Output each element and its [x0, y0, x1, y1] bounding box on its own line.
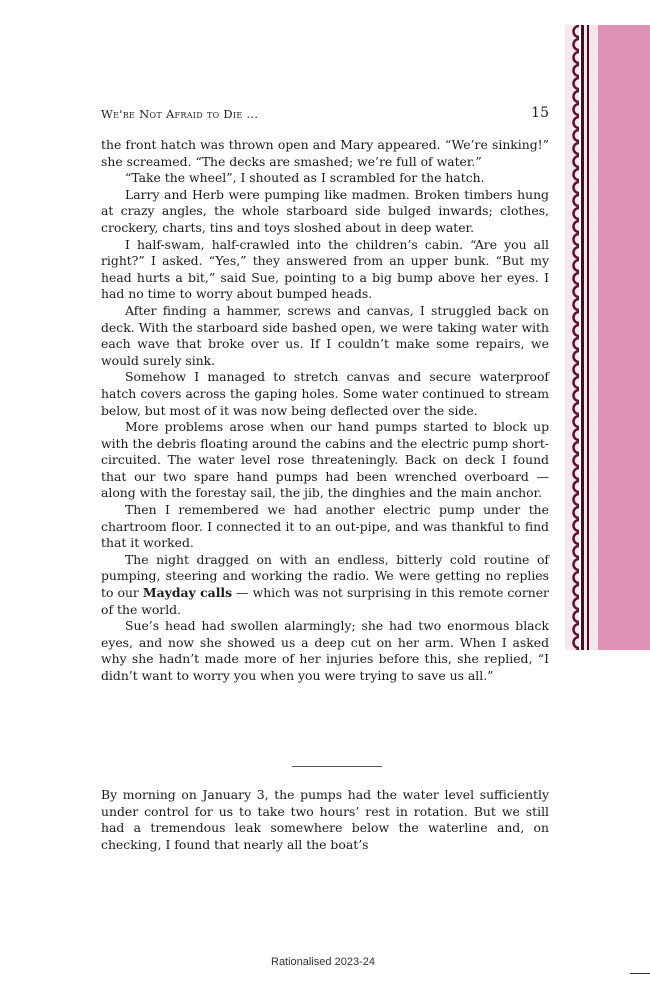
paragraph: By morning on January 3, the pumps had t… — [101, 787, 549, 853]
scallop-pattern — [565, 25, 579, 650]
pink-band — [598, 25, 650, 650]
border-strip — [589, 25, 598, 650]
bold-term: Mayday calls — [143, 585, 232, 600]
paragraph: Sue’s head had swollen alarmingly; she h… — [101, 618, 549, 684]
section-separator — [292, 766, 382, 767]
running-header: We're Not Afraid to Die ... 15 — [101, 107, 549, 125]
paragraph: I half-swam, half-crawled into the child… — [101, 237, 549, 303]
paragraph: Somehow I managed to stretch canvas and … — [101, 369, 549, 419]
paragraph: Then I remembered we had another electri… — [101, 502, 549, 552]
page-number: 15 — [531, 105, 549, 121]
paragraph: “Take the wheel”, I shouted as I scrambl… — [101, 170, 549, 187]
continued-text: By morning on January 3, the pumps had t… — [101, 787, 549, 853]
corner-rule — [630, 973, 650, 974]
footer-note: Rationalised 2023-24 — [271, 956, 375, 968]
running-title: We're Not Afraid to Die ... — [101, 107, 258, 121]
decorative-side-border — [563, 25, 650, 650]
paragraph: the front hatch was thrown open and Mary… — [101, 137, 549, 170]
paragraph: Larry and Herb were pumping like madmen.… — [101, 187, 549, 237]
paragraph: More problems arose when our hand pumps … — [101, 419, 549, 502]
paragraph: After finding a hammer, screws and canva… — [101, 303, 549, 369]
main-text: the front hatch was thrown open and Mary… — [101, 137, 549, 685]
paragraph: The night dragged on with an endless, bi… — [101, 552, 549, 618]
